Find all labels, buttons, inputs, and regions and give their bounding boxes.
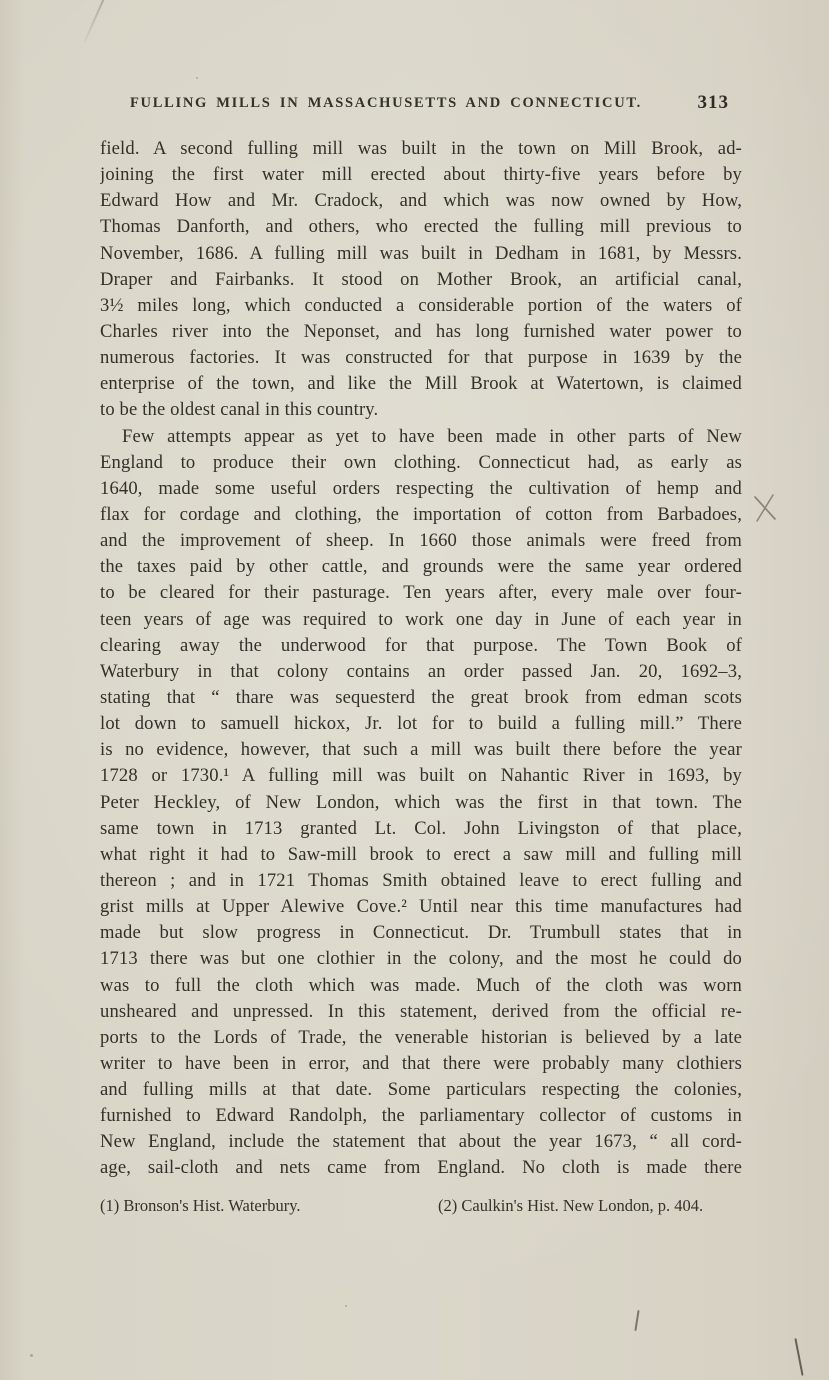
text-line: ports to the Lords of Trade, the venerab… bbox=[100, 1025, 742, 1051]
text-line: to be the oldest canal in this country. bbox=[100, 397, 742, 423]
text-line: was to full the cloth which was made. Mu… bbox=[100, 973, 742, 999]
text-line: New England, include the statement that … bbox=[100, 1129, 742, 1155]
text-line: 3½ miles long, which conducted a conside… bbox=[100, 293, 742, 319]
text-line: Thomas Danforth, and others, who erected… bbox=[100, 214, 742, 240]
text-line: the taxes paid by other cattle, and grou… bbox=[100, 554, 742, 580]
running-head: FULLING MILLS IN MASSACHUSETTS AND CONNE… bbox=[100, 92, 742, 114]
text-line: Waterbury in that colony contains an ord… bbox=[100, 659, 742, 685]
text-line: November, 1686. A fulling mill was built… bbox=[100, 241, 742, 267]
text-line: writer to have been in error, and that t… bbox=[100, 1051, 742, 1077]
text-line: and fulling mills at that date. Some par… bbox=[100, 1077, 742, 1103]
paper-speck bbox=[345, 1305, 347, 1307]
text-line: grist mills at Upper Alewive Cove.² Unti… bbox=[100, 894, 742, 920]
text-line: Peter Heckley, of New London, which was … bbox=[100, 790, 742, 816]
paper-speck bbox=[30, 1354, 33, 1357]
text-line: same town in 1713 granted Lt. Col. John … bbox=[100, 816, 742, 842]
text-line: Few attempts appear as yet to have been … bbox=[100, 424, 742, 450]
text-line: age, sail-cloth and nets came from Engla… bbox=[100, 1155, 742, 1181]
text-line: Charles river into the Neponset, and has… bbox=[100, 319, 742, 345]
text-line: made but slow progress in Connecticut. D… bbox=[100, 920, 742, 946]
text-line: what right it had to Saw-mill brook to e… bbox=[100, 842, 742, 868]
text-line: 1713 there was but one clothier in the c… bbox=[100, 946, 742, 972]
text-line: unsheared and unpressed. In this stateme… bbox=[100, 999, 742, 1025]
paper-crease bbox=[84, 0, 106, 42]
text-line: numerous factories. It was constructed f… bbox=[100, 345, 742, 371]
body-text: field. A second fulling mill was built i… bbox=[100, 136, 742, 1182]
text-line: teen years of age was required to work o… bbox=[100, 607, 742, 633]
text-line: flax for cordage and clothing, the impor… bbox=[100, 502, 742, 528]
text-line: enterprise of the town, and like the Mil… bbox=[100, 371, 742, 397]
text-line: lot down to samuell hickox, Jr. lot for … bbox=[100, 711, 742, 737]
text-line: Draper and Fairbanks. It stood on Mother… bbox=[100, 267, 742, 293]
text-line: furnished to Edward Randolph, the parlia… bbox=[100, 1103, 742, 1129]
paper-speck bbox=[196, 77, 198, 79]
footnote-1: (1) Bronson's Hist. Waterbury. bbox=[100, 1196, 301, 1216]
text-line: 1728 or 1730.¹ A fulling mill was built … bbox=[100, 763, 742, 789]
text-line: thereon ; and in 1721 Thomas Smith obtai… bbox=[100, 868, 742, 894]
text-line: and the improvement of sheep. In 1660 th… bbox=[100, 528, 742, 554]
text-line: is no evidence, however, that such a mil… bbox=[100, 737, 742, 763]
ink-mark-slash bbox=[634, 1310, 639, 1331]
page-number: 313 bbox=[698, 92, 730, 114]
text-line: to be cleared for their pasturage. Ten y… bbox=[100, 580, 742, 606]
footnote-2: (2) Caulkin's Hist. New London, p. 404. bbox=[438, 1196, 703, 1216]
text-line: joining the first water mill erected abo… bbox=[100, 162, 742, 188]
running-head-title: FULLING MILLS IN MASSACHUSETTS AND CONNE… bbox=[100, 95, 672, 112]
book-page-scan: FULLING MILLS IN MASSACHUSETTS AND CONNE… bbox=[0, 0, 829, 1380]
text-line: Edward How and Mr. Cradock, and which wa… bbox=[100, 188, 742, 214]
footnotes: (1) Bronson's Hist. Waterbury. (2) Caulk… bbox=[100, 1196, 742, 1220]
ink-mark-backslash bbox=[794, 1338, 803, 1376]
text-line: 1640, made some useful orders respecting… bbox=[100, 476, 742, 502]
text-line: stating that “ thare was sequesterd the … bbox=[100, 685, 742, 711]
text-line: field. A second fulling mill was built i… bbox=[100, 136, 742, 162]
pencil-x-mark bbox=[752, 492, 779, 524]
text-line: clearing away the underwood for that pur… bbox=[100, 633, 742, 659]
text-line: England to produce their own clothing. C… bbox=[100, 450, 742, 476]
